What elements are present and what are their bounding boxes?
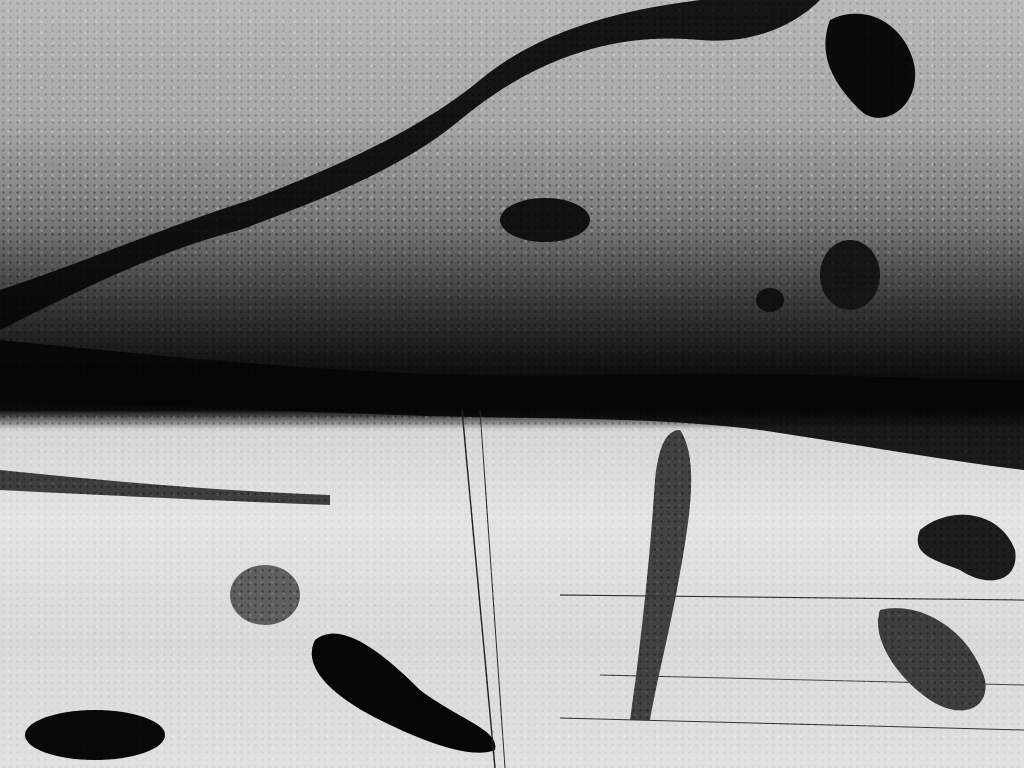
surface-grain bbox=[0, 0, 1024, 768]
texture-photo bbox=[0, 0, 1024, 768]
